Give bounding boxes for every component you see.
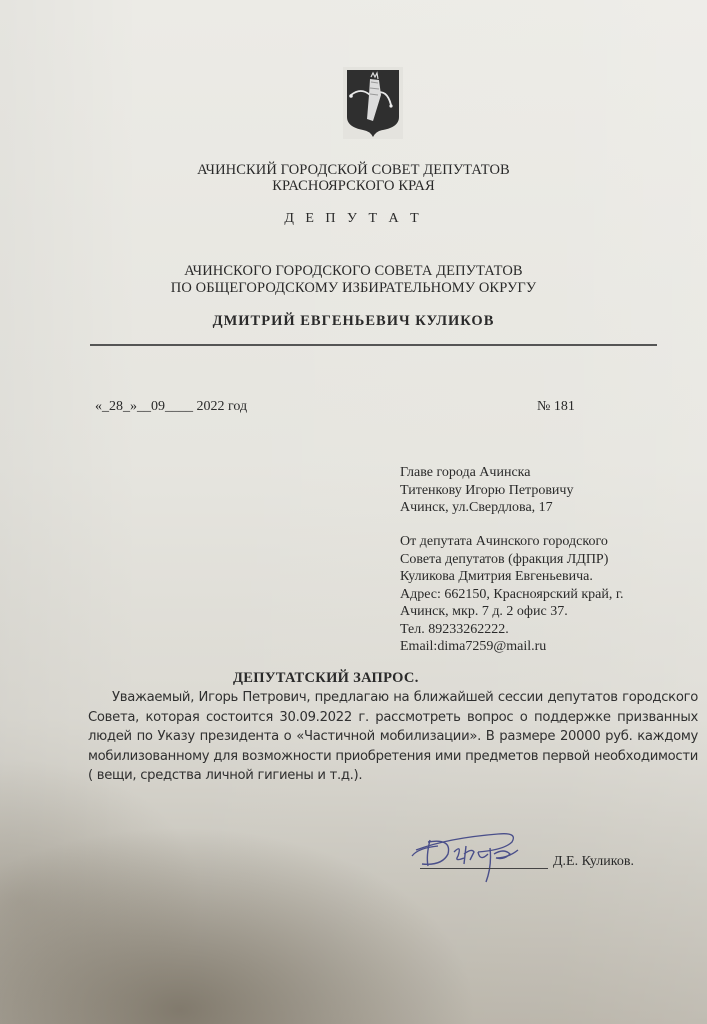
document-number: № 181: [537, 399, 575, 415]
org-name-line1: АЧИНСКИЙ ГОРОДСКОЙ СОВЕТ ДЕПУТАТОВ: [0, 162, 707, 179]
org-name-line2: КРАСНОЯРСКОГО КРАЯ: [0, 178, 707, 195]
recipient-line: Главе города Ачинска: [400, 464, 573, 482]
photo-shading: [0, 0, 707, 1024]
sender-line: Адрес: 662150, Красноярский край, г.: [400, 586, 624, 604]
request-body: Уважаемый, Игорь Петрович, предлагаю на …: [88, 688, 698, 786]
sender-line: Совета депутатов (фракция ЛДПР): [400, 551, 624, 569]
deputy-name: ДМИТРИЙ ЕВГЕНЬЕВИЧ КУЛИКОВ: [0, 313, 707, 330]
document-date: «_28_»__09____ 2022 год: [95, 399, 247, 415]
request-title: ДЕПУТАТСКИЙ ЗАПРОС.: [233, 670, 419, 687]
recipient-line: Ачинск, ул.Свердлова, 17: [400, 499, 573, 517]
recipient-block: Главе города Ачинска Титенкову Игорю Пет…: [400, 464, 573, 517]
sender-email: Email:dima7259@mail.ru: [400, 638, 624, 656]
sender-block: От депутата Ачинского городского Совета …: [400, 533, 624, 656]
council-line2: ПО ОБЩЕГОРОДСКОМУ ИЗБИРАТЕЛЬНОМУ ОКРУГУ: [0, 280, 707, 297]
council-line1: АЧИНСКОГО ГОРОДСКОГО СОВЕТА ДЕПУТАТОВ: [0, 263, 707, 280]
header-divider: [90, 344, 657, 346]
recipient-line: Титенкову Игорю Петровичу: [400, 482, 573, 500]
sender-line: Куликова Дмитрия Евгеньевича.: [400, 568, 624, 586]
handwritten-signature-icon: [408, 826, 548, 888]
sender-line: Тел. 89233262222.: [400, 621, 624, 639]
city-coat-of-arms-icon: [343, 67, 403, 139]
position-title: Д Е П У Т А Т: [0, 211, 707, 227]
signature-line: [420, 868, 548, 869]
signatory-name: Д.Е. Куликов.: [553, 854, 634, 870]
sender-line: Ачинск, мкр. 7 д. 2 офис 37.: [400, 603, 624, 621]
sender-line: От депутата Ачинского городского: [400, 533, 624, 551]
